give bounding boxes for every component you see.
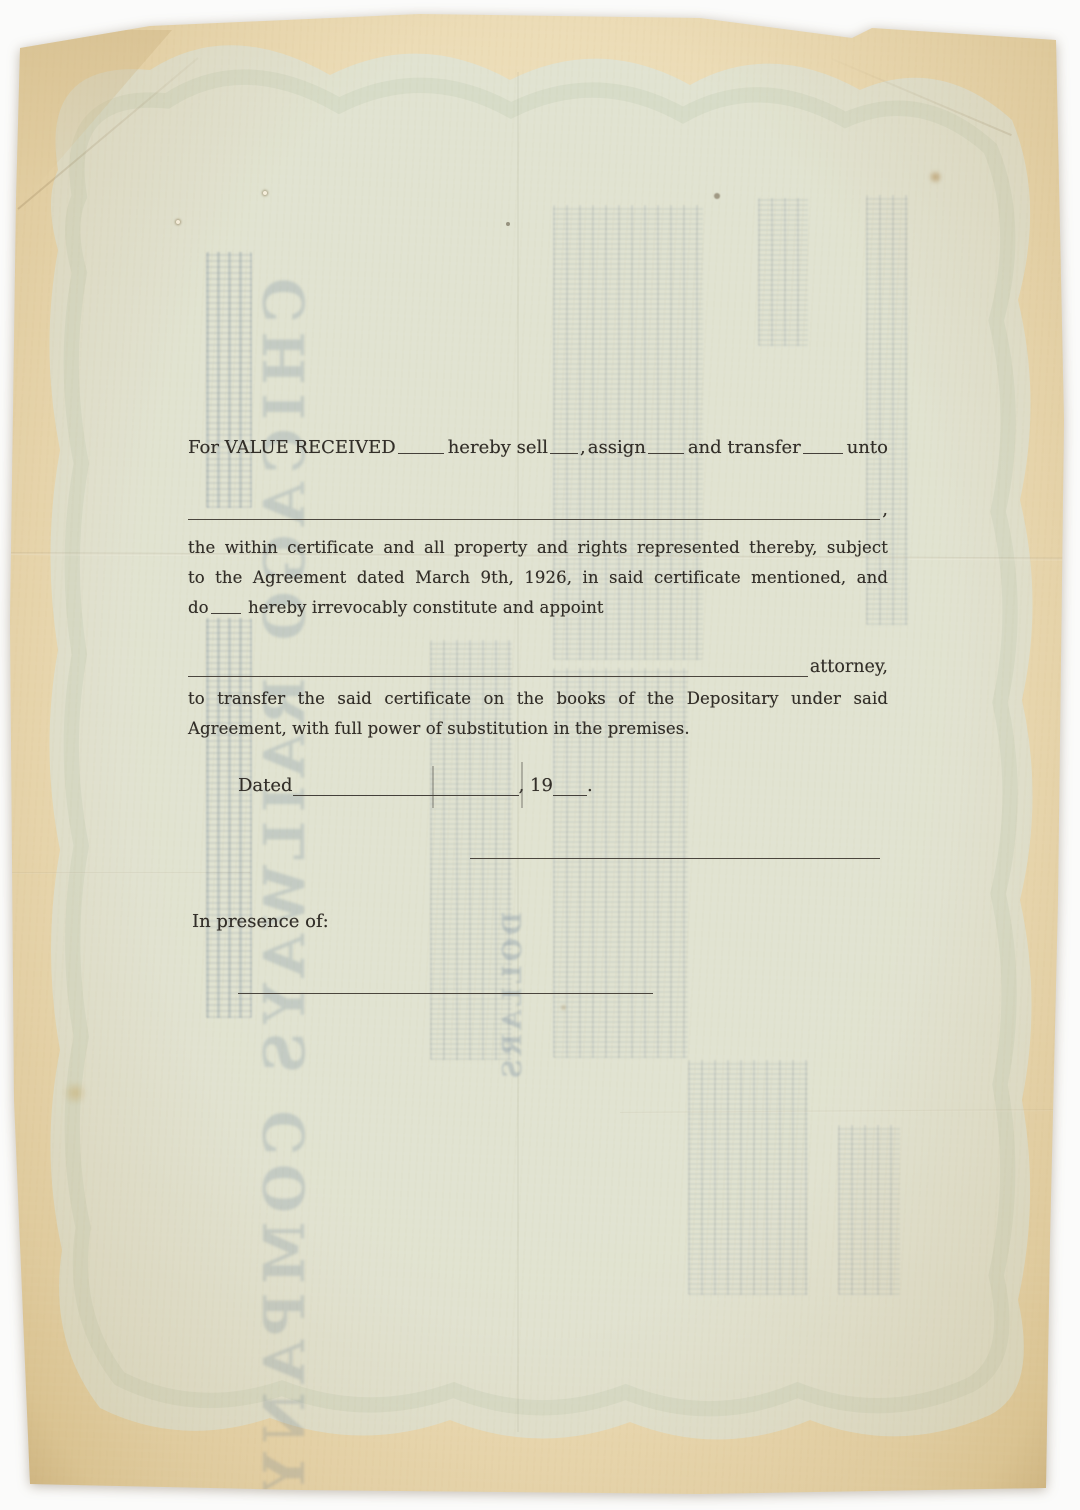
scanned-certificate-back: CHICAGO RAILWAYS COMPANY DOLLARS bbox=[0, 0, 1080, 1510]
paper-edge-shading bbox=[0, 0, 1080, 1510]
paper-sheet: CHICAGO RAILWAYS COMPANY DOLLARS bbox=[0, 0, 1080, 1510]
paper-sheet-wrap: CHICAGO RAILWAYS COMPANY DOLLARS bbox=[0, 0, 1080, 1510]
